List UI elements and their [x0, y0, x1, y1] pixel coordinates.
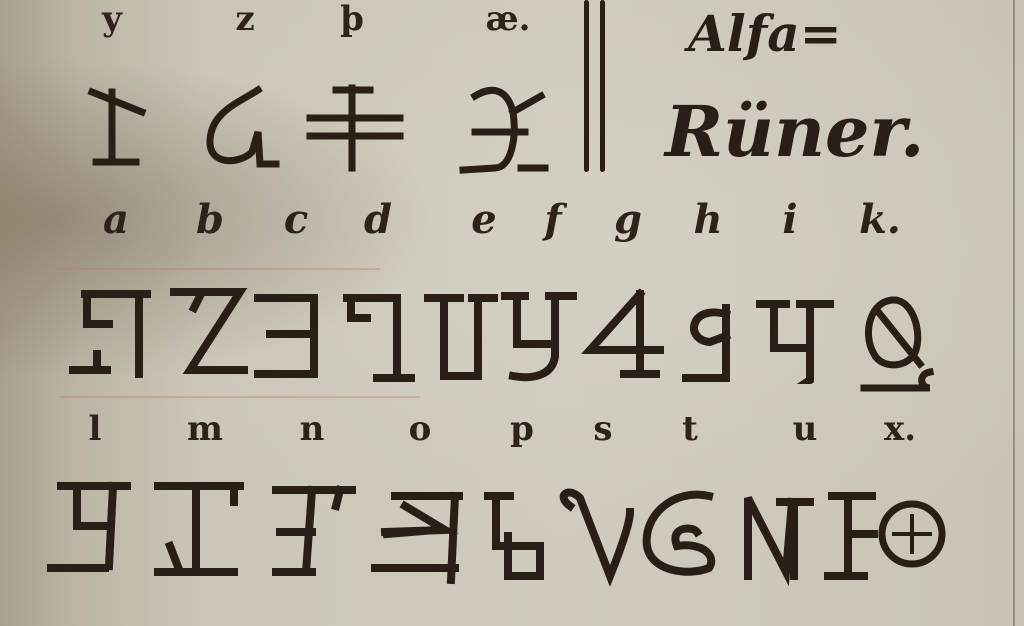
latin-letter: n [300, 412, 325, 446]
latin-letter: d [364, 200, 392, 240]
rune-glyph-circle-cross [872, 476, 952, 586]
rune-glyph-thorn [300, 82, 410, 172]
heading-runer: Rüner. [665, 90, 924, 173]
latin-letter: f [544, 200, 561, 240]
latin-letter: t [682, 412, 698, 446]
latin-letter: h [693, 200, 722, 240]
latin-letter: z [235, 2, 254, 36]
latin-letter: s [593, 412, 612, 446]
rune-glyph-o [365, 476, 475, 586]
rune-glyph-x [818, 476, 878, 586]
latin-letter: c [284, 200, 308, 240]
faint-red-rule [60, 396, 420, 398]
latin-letter: y [102, 2, 122, 36]
latin-letter: þ [340, 2, 364, 36]
latin-letter: m [187, 412, 223, 446]
heading-alfa: Alfa= [688, 4, 842, 63]
rune-glyph-e [420, 284, 500, 384]
double-vertical-bracket [578, 0, 614, 175]
rune-glyph-k [850, 284, 940, 394]
latin-letter: a [103, 200, 129, 240]
latin-letter: u [793, 412, 818, 446]
rune-glyph-t [633, 476, 723, 586]
latin-letter: æ. [486, 2, 531, 36]
latin-letter: b [196, 200, 224, 240]
rune-glyph-c [250, 284, 330, 384]
latin-letter: i [782, 200, 797, 240]
rune-glyph-f [495, 284, 585, 384]
rune-glyph-ae [455, 82, 555, 177]
latin-letter: e [471, 200, 496, 240]
rune-glyph-n [262, 476, 362, 576]
latin-letter: o [409, 412, 432, 446]
latin-letter: k. [859, 200, 901, 240]
rune-glyph-p [480, 476, 560, 586]
rune-glyph-i [750, 284, 840, 384]
rune-glyph-b [160, 284, 250, 384]
rune-glyph-a [67, 284, 157, 384]
latin-letter: g [614, 200, 642, 240]
latin-letter: p [510, 412, 534, 446]
rune-glyph-g [580, 284, 670, 384]
rune-glyph-y [82, 82, 162, 172]
rune-glyph-s [550, 476, 640, 586]
rune-glyph-l [47, 476, 137, 576]
latin-letter: x. [884, 412, 916, 446]
rune-glyph-h [670, 284, 750, 384]
page-fold-line [1013, 0, 1015, 626]
faint-red-rule [60, 268, 380, 270]
latin-letter: l [89, 412, 102, 446]
rune-glyph-u [730, 476, 820, 586]
rune-glyph-d [337, 284, 417, 384]
rune-glyph-m [150, 476, 250, 576]
rune-glyph-z [200, 82, 280, 172]
